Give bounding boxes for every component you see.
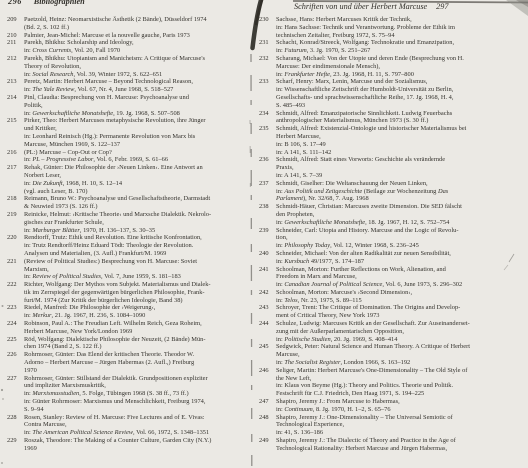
bib-entry-body: (PL:) Marcuse – Cop-Out or Cop?in: PL – …: [24, 149, 253, 165]
bib-entry-body: Scharang, Michael: Von der Utopie und de…: [276, 55, 525, 78]
bib-entry-line: Gesellschafts- und sprachwissenschaftlic…: [276, 94, 525, 102]
bib-entry-line: in: B 106, S. 17–49: [276, 141, 525, 149]
bib-entry-line: in: Aus Politik und Zeitgeschichte (Beil…: [276, 188, 525, 196]
running-head-left: 296Bibliographien: [8, 0, 85, 6]
bib-entry: 211Parekh, Bhikhu: Scholarship and Ideol…: [7, 39, 253, 55]
bib-entry-number: 219: [7, 211, 24, 219]
bib-entry-body: Shapiro, Jeremy J.: From Marcuse to Habe…: [276, 398, 525, 414]
bib-entry: 210Palmier, Jean-Michel: Marcuse et la n…: [7, 32, 253, 40]
bib-entry-line: & Neuwied 1973 (S. 126 ff.): [24, 203, 253, 211]
bib-entry-number: 240: [259, 250, 276, 258]
bib-entry-line: Analysen und Materialien, (3. Aufl.) Fra…: [24, 250, 253, 258]
bib-entry-number: 233: [259, 78, 276, 86]
bib-entry-line: in: Cross Currents, Vol. 20, Fall 1970: [24, 47, 253, 55]
bib-entry-line: in: A 141, S. 7–39: [276, 172, 525, 180]
bib-entry-line: Technological Rationality: Herbert Marcu…: [276, 445, 525, 453]
bib-entry: 234Schmidt, Alfred: Emanzipatorische Sin…: [259, 110, 525, 126]
bib-entry-line: Schacht, Konrad/Streeck, Wolfgang: Techn…: [276, 39, 525, 47]
bib-entry: 213Peretz, Martin: Herbert Marcuse – Bey…: [7, 78, 253, 94]
bib-entry-line: Sedgwick, Peter: Natural Science and Hum…: [276, 343, 525, 351]
bib-entry-body: Shapiro, Jeremy J.: The Dialectic of The…: [276, 437, 525, 453]
bib-entry-line: furt/M. 1974 (Zur Kritik der bürgerliche…: [24, 297, 253, 305]
bib-entry: 232Scharang, Michael: Von der Utopie und…: [259, 55, 525, 78]
bib-entry: 224Robinson, Paul A.: The Freudian Left.…: [7, 320, 253, 336]
bib-entry-body: Robinson, Paul A.: The Freudian Left. Wi…: [24, 320, 253, 336]
bib-entry: 218Reimann, Bruno W.: Psychoanalyse und …: [7, 195, 253, 211]
bib-entry-number: 243: [259, 304, 276, 312]
bib-entry-number: 217: [7, 164, 24, 172]
bib-entry-line: Rosen, Stanley: Review of H. Marcuse: Fi…: [24, 414, 253, 422]
bib-entry-line: Schoolman, Morton: Marcuse's ›Second Dim…: [276, 289, 525, 297]
bib-entry-line: (Bd. 2, S. 102 ff.): [24, 24, 253, 32]
bib-entry-line: 1969: [24, 445, 253, 453]
bib-entry-line: in: Philosophy Today, Vol. 12, Winter 19…: [276, 242, 525, 250]
bib-entry-number: 236: [259, 156, 276, 164]
speck: [1, 389, 3, 391]
bib-entry-line: Scharang, Michael: Von der Utopie und de…: [276, 55, 525, 63]
bib-entry-number: 223: [7, 304, 24, 312]
bib-entry-body: Sedgwick, Peter: Natural Science and Hum…: [276, 343, 525, 366]
bib-entry-line: Marcuse, München 1969, S. 122–137: [24, 141, 253, 149]
bib-entry: 249Shapiro, Jeremy J.: The Dialectic of …: [259, 437, 525, 453]
bib-entry-line: (vgl. auch Leser, B. 170): [24, 188, 253, 196]
bib-entry-line: Marcuse: Der eindimensionale Mensch),: [276, 63, 525, 71]
bib-entry: 235Schmidt, Alfred: Existenzial-Ontologi…: [259, 125, 525, 156]
bib-entry: 216(PL:) Marcuse – Cop-Out or Cop?in: PL…: [7, 149, 253, 165]
bib-entry-line: Marxism,: [24, 266, 253, 274]
bib-entry-body: Parekh, Bhikhu: Utopianism and Manicheis…: [24, 55, 253, 78]
bib-entry-number: 215: [7, 117, 24, 125]
bib-entry-line: in: Futurum, 3. Jg. 1970, S. 251–267: [276, 47, 525, 55]
bib-entry: 236Schmidt, Alfred: Statt eines Vorworts…: [259, 156, 525, 179]
bib-entry-body: Schoolman, Morton: Further Reflections o…: [276, 266, 525, 289]
bib-entry-number: 212: [7, 55, 24, 63]
bib-entry-line: Schoolman, Morton: Further Reflections o…: [276, 266, 525, 274]
bib-entry-line: in: Günter Rohrmoser: Marxismus und Mens…: [24, 398, 253, 406]
bib-entry-number: 234: [259, 110, 276, 118]
bib-entry-body: Schmidt, Giselher: Die Weltanschauung de…: [276, 180, 525, 203]
bib-entry: 214Pinl, Claudia: Besprechung von H. Mar…: [7, 94, 253, 117]
bib-entry: 242Schoolman, Morton: Marcuse's ›Second …: [259, 289, 525, 305]
bib-entry-body: Palmier, Jean-Michel: Marcuse et la nouv…: [24, 32, 253, 40]
bib-entry-number: 216: [7, 149, 24, 157]
bib-entry-body: Rohrmoser, Günter: Das Elend der kritisc…: [24, 351, 253, 374]
bib-entry-number: 221: [7, 258, 24, 266]
speck: [1, 462, 3, 464]
page-number-left: 296: [8, 0, 22, 6]
bib-entry-line: Paetzold, Heinz: Neomarxistische Ästheti…: [24, 16, 253, 24]
bib-entry-body: Riedel, Manfred: Die Philosophie der ›We…: [24, 304, 253, 320]
bib-entry-body: Rohrmoser, Günter: Stillstand der Dialek…: [24, 375, 253, 414]
bib-entry: 245Sedgwick, Peter: Natural Science and …: [259, 343, 525, 366]
bib-entry-line: in: PL – Progressive Labor, Vol. 6, Febr…: [24, 156, 253, 164]
bib-entry-number: 227: [7, 375, 24, 383]
bib-entry: 217Rehak, Günter: Die Philosophie der ›N…: [7, 164, 253, 195]
bib-entry-number: 222: [7, 281, 24, 289]
bib-entry-body: Parekh, Bhikhu: Scholarship and Ideology…: [24, 39, 253, 55]
bib-entry-number: 226: [7, 351, 24, 359]
bib-entry-line: Schmidt, Alfred: Existenzial-Ontologie u…: [276, 125, 525, 133]
bib-entry: 248Shapiro, Jeremy J.: One-Dimensionalit…: [259, 414, 525, 437]
bib-entry: 222Richter, Wolfgang: Der Mythos vom Sub…: [7, 281, 253, 304]
bib-entry-line: Peretz, Martin: Herbert Marcuse – Beyond…: [24, 78, 253, 86]
bib-entry-line: in: Telos, Nr. 23, 1975, S. 89–115: [276, 297, 525, 305]
bib-entry-line: in: Review of Political Studies, Vol. 7,…: [24, 273, 253, 281]
bib-entry-number: 245: [259, 343, 276, 351]
bib-entry-line: Shapiro, Jeremy J.: From Marcuse to Habe…: [276, 398, 525, 406]
bib-entry: 240Schneider, Michael: Von der alten Rad…: [259, 250, 525, 266]
bib-entry-body: Scharf, Henry: Marx, Lenin, Marcuse und …: [276, 78, 525, 109]
bib-entry-line: in: Frankfurter Hefte, 23. Jg. 1968, H. …: [276, 71, 525, 79]
bib-entry-line: Theory of Revolution,: [24, 63, 253, 71]
bib-entry-line: in: Continuum, 8. Jg. 1970, H. 1–2, S. 6…: [276, 406, 525, 414]
bib-entry: 226Rohrmoser, Günter: Das Elend der krit…: [7, 351, 253, 374]
bib-entry-line: Parekh, Bhikhu: Scholarship and Ideology…: [24, 39, 253, 47]
bib-entry-line: in: Canadian Journal of Political Scienc…: [276, 281, 525, 289]
bib-entry-body: Schneider, Carl: Utopia and History. Mar…: [276, 227, 525, 250]
bib-entry: 223Riedel, Manfred: Die Philosophie der …: [7, 304, 253, 320]
bib-entry-line: zung mit der Außerparlamentarischen Oppo…: [276, 328, 525, 336]
speck: [2, 398, 4, 400]
bib-entry-line: in: Merkur, 21. Jg. 1967, H. 236, S. 108…: [24, 312, 253, 320]
bib-entry-line: den Propheten,: [276, 211, 525, 219]
bib-entry-line: tik im Zerrspiegel der gegenwärtigen bür…: [24, 289, 253, 297]
bib-entry: 241Schoolman, Morton: Further Reflection…: [259, 266, 525, 289]
bib-entry-line: in: Social Research, Vol. 39, Winter 197…: [24, 71, 253, 79]
bib-entry-line: Pirker, Theo: Herbert Marcuses metaphysi…: [24, 117, 253, 125]
bib-entry-line: in: A 141, S. 111–142: [276, 149, 525, 157]
bib-entry-number: 244: [259, 320, 276, 328]
bib-entry-line: Parekh, Bhikhu: Utopianism and Manicheis…: [24, 55, 253, 63]
bib-entry-line: Shapiro, Jeremy J.: The Dialectic of The…: [276, 437, 525, 445]
bib-entry-line: tion,: [276, 234, 525, 242]
bib-entry-line: Technological Experience,: [276, 421, 525, 429]
bib-entry-body: Seliger, Martin: Herbert Marcuse's One-D…: [276, 367, 525, 398]
bib-entry-line: in: Gewerkschaftliche Monatshefte, 19. J…: [24, 110, 253, 118]
bib-entry-line: 1970: [24, 367, 253, 375]
bib-entry-line: in: Wissenschaftliche Zeitschrift der Hu…: [276, 86, 525, 94]
bib-entry: 233Scharf, Henry: Marx, Lenin, Marcuse u…: [259, 78, 525, 109]
column-right: 230Sachsse, Hans: Herbert Marcuses Kriti…: [259, 16, 525, 453]
bib-entry-line: Schmidt, Giselher: Die Weltanschauung de…: [276, 180, 525, 188]
bib-entry-number: 238: [259, 203, 276, 211]
bib-entry-line: gisches zur Frankfurter Schule,: [24, 219, 253, 227]
bib-entry-body: Schmidt, Alfred: Statt eines Vorworts: G…: [276, 156, 525, 179]
bib-entry-line: Schmidt-Häuer, Christian: Marcuses zweit…: [276, 203, 525, 211]
bib-entry-body: Schneider, Michael: Von der alten Radika…: [276, 250, 525, 266]
bib-entry-line: Röd, Wolfgang: Dialektische Philosophie …: [24, 336, 253, 344]
bib-entry-number: 210: [7, 32, 24, 40]
bib-entry-body: Roszak, Theodore: The Making of a Counte…: [24, 437, 253, 453]
bib-entry-line: Herbert Marcuse, New York/London 1969: [24, 328, 253, 336]
bib-entry-line: S. 485–493: [276, 102, 525, 110]
corner-shadow: [506, 0, 528, 16]
bib-entry-line: Sachsse, Hans: Herbert Marcuses Kritik d…: [276, 16, 525, 24]
bib-entry-line: Praxis,: [276, 164, 525, 172]
bib-entry-number: 241: [259, 266, 276, 274]
bib-entry-line: Festschrift für C.J. Friedrich, Den Haag…: [276, 390, 525, 398]
bib-entry-line: in: The Yale Review, Vol. 67, Nr. 4, Jun…: [24, 86, 253, 94]
bib-entry: 219Reinicke, Helmut: ›Kritische Theorie‹…: [7, 211, 253, 234]
bib-entry-line: und Kritiker,: [24, 125, 253, 133]
bib-entry-body: Reimann, Bruno W.: Psychoanalyse und Ges…: [24, 195, 253, 211]
bib-entry-body: Reinicke, Helmut: ›Kritische Theorie‹ un…: [24, 211, 253, 234]
bib-entry-line: S. 9–94: [24, 406, 253, 414]
bib-entry-body: Röd, Wolfgang: Dialektische Philosophie …: [24, 336, 253, 352]
bib-entry-number: 214: [7, 94, 24, 102]
bib-entry-number: 228: [7, 414, 24, 422]
bib-entry-line: in: Die Zukunft, 1968, H. 10, S. 12–14: [24, 180, 253, 188]
bib-entry-body: Shapiro, Jeremy J.: One-Dimensionality –…: [276, 414, 525, 437]
bib-entry-line: Politik,: [24, 102, 253, 110]
bib-entry-line: anthropologischer Materialismus, München…: [276, 117, 525, 125]
bib-entry: 212Parekh, Bhikhu: Utopianism and Manich…: [7, 55, 253, 78]
column-left: 209Paetzold, Heinz: Neomarxistische Ästh…: [7, 16, 253, 453]
bib-entry-line: Freedom in Marx and Marcuse,: [276, 273, 525, 281]
bib-entry-body: Rendtorff, Trutz: Ethik und Revolution. …: [24, 234, 253, 257]
bib-entry-line: Norbert Leser,: [24, 172, 253, 180]
bib-entry-line: in: Marburger Blätter, 1970, H. 136–137,…: [24, 227, 253, 235]
bib-entry-body: Schulze, Ludwig: Marcuses Kritik an der …: [276, 320, 525, 343]
bib-entry-line: in: Trutz Rendtorff/Heinz Eduard Tödt: T…: [24, 242, 253, 250]
bib-entry-number: 211: [7, 39, 24, 47]
bib-entry-line: the New Left,: [276, 375, 525, 383]
bib-entry: 243Schroyer, Trent: The Critique of Domi…: [259, 304, 525, 320]
bib-entry-body: Sachsse, Hans: Herbert Marcuses Kritik d…: [276, 16, 525, 39]
bib-entry-number: 237: [259, 180, 276, 188]
bib-entry-number: 246: [259, 367, 276, 375]
bib-entry-number: 231: [259, 39, 276, 47]
bib-entry-number: 230: [259, 16, 276, 24]
scanned-book-page: 296Bibliographien Schriften von und über…: [0, 0, 528, 468]
bib-entry: 231Schacht, Konrad/Streeck, Wolfgang: Te…: [259, 39, 525, 55]
bib-entry-number: 209: [7, 16, 24, 24]
bib-entry-line: Riedel, Manfred: Die Philosophie der ›We…: [24, 304, 253, 312]
bib-entry-number: 247: [259, 398, 276, 406]
bib-entry-body: Schoolman, Morton: Marcuse's ›Second Dim…: [276, 289, 525, 305]
bib-entry-line: Marcuse,: [276, 351, 525, 359]
bib-entry-line: Schroyer, Trent: The Critique of Dominat…: [276, 304, 525, 312]
bib-entry-line: ment of Critical Theory, New York 1973: [276, 312, 525, 320]
bib-entry-body: Schmidt-Häuer, Christian: Marcuses zweit…: [276, 203, 525, 226]
bib-entry-line: technischen Zeitalter, Freiburg 1972, S.…: [276, 32, 525, 40]
bib-entry-line: Roszak, Theodore: The Making of a Counte…: [24, 437, 253, 445]
bib-entry-number: 213: [7, 78, 24, 86]
bib-entry-line: Richter, Wolfgang: Der Mythos vom Subjek…: [24, 281, 253, 289]
bib-entry-number: 220: [7, 234, 24, 242]
bib-entry-number: 249: [259, 437, 276, 445]
bib-entry-line: Parlament), Nr. 32/68, 7. Aug. 1968: [276, 195, 525, 203]
bib-entry: 238Schmidt-Häuer, Christian: Marcuses zw…: [259, 203, 525, 226]
bib-entry-line: Schneider, Michael: Von der alten Radika…: [276, 250, 525, 258]
bib-entry-line: in: Hans Sachsse: Technik und Verantwort…: [276, 24, 525, 32]
bib-entry-line: chen 1974 (Band 2, S. 122 ff.): [24, 343, 253, 351]
bib-entry-body: Schroyer, Trent: The Critique of Dominat…: [276, 304, 525, 320]
bib-entry-line: in: Politische Studien, 20. Jg. 1969, S.…: [276, 336, 525, 344]
bib-entry-number: 242: [259, 289, 276, 297]
bib-entry-number: 248: [259, 414, 276, 422]
bib-entry: 237Schmidt, Giselher: Die Weltanschauung…: [259, 180, 525, 203]
bib-entry-line: (PL:) Marcuse – Cop-Out or Cop?: [24, 149, 253, 157]
bib-entry-line: und impliziter Marxismuskritik,: [24, 382, 253, 390]
bib-entry-number: 239: [259, 227, 276, 235]
bib-entry: 225Röd, Wolfgang: Dialektische Philosoph…: [7, 336, 253, 352]
speck: [2, 305, 4, 307]
bib-entry: 221(Review of Political Studies:) Bespre…: [7, 258, 253, 281]
bib-entry: 247Shapiro, Jeremy J.: From Marcuse to H…: [259, 398, 525, 414]
bib-entry-line: Rohrmoser, Günter: Stillstand der Dialek…: [24, 375, 253, 383]
bib-entry-body: Rosen, Stanley: Review of H. Marcuse: Fi…: [24, 414, 253, 437]
bib-entry: 227Rohrmoser, Günter: Stillstand der Dia…: [7, 375, 253, 414]
bib-entry-line: Adorno – Herbert Marcuse – Jürgen Haberm…: [24, 359, 253, 367]
bib-entry: 239Schneider, Carl: Utopia and History. …: [259, 227, 525, 250]
bib-entry-line: Pinl, Claudia: Besprechung von H. Marcus…: [24, 94, 253, 102]
bib-entry: 246Seliger, Martin: Herbert Marcuse's On…: [259, 367, 525, 398]
bib-entry-number: 235: [259, 125, 276, 133]
bib-entry-line: (Review of Political Studies:) Besprechu…: [24, 258, 253, 266]
bib-entry-line: Herbert Marcuse,: [276, 133, 525, 141]
bib-entry-line: in: 41, S. 136–186: [276, 429, 525, 437]
bib-entry-line: in: Leonhard Reinisch (Hg.): Permanente …: [24, 133, 253, 141]
bib-entry-line: Rehak, Günter: Die Philosophie der ›Neue…: [24, 164, 253, 172]
bib-entry-line: Reimann, Bruno W.: Psychoanalyse und Ges…: [24, 195, 253, 203]
bib-entry-line: Schmidt, Alfred: Emanzipatorische Sinnli…: [276, 110, 525, 118]
running-title-right: Schriften von und über Herbert Marcuse: [294, 2, 427, 11]
bib-entry-body: Pinl, Claudia: Besprechung von H. Marcus…: [24, 94, 253, 117]
bib-entry-body: Schmidt, Alfred: Existenzial-Ontologie u…: [276, 125, 525, 156]
bib-entry-line: Palmier, Jean-Michel: Marcuse et la nouv…: [24, 32, 253, 40]
bib-entry-line: in: The Socialist Register, London 1966,…: [276, 359, 525, 367]
bib-entry-line: Scharf, Henry: Marx, Lenin, Marcuse und …: [276, 78, 525, 86]
bib-entry-line: in: Marxismusstudien, 5. Folge, Tübingen…: [24, 390, 253, 398]
bib-entry-number: 225: [7, 336, 24, 344]
bib-entry: 244Schulze, Ludwig: Marcuses Kritik an d…: [259, 320, 525, 343]
bib-entry-line: Shapiro, Jeremy J.: One-Dimensionality –…: [276, 414, 525, 422]
bib-entry-line: in: Gewerkschaftliche Monatshefte, 18. J…: [276, 219, 525, 227]
bib-entry-body: Paetzold, Heinz: Neomarxistische Ästheti…: [24, 16, 253, 32]
bib-entry-body: (Review of Political Studies:) Besprechu…: [24, 258, 253, 281]
bib-entry: 229Roszak, Theodore: The Making of a Cou…: [7, 437, 253, 453]
corner-shadow-dark: [516, 0, 528, 7]
bib-entry: 220Rendtorff, Trutz: Ethik und Revolutio…: [7, 234, 253, 257]
bib-entry-body: Richter, Wolfgang: Der Mythos vom Subjek…: [24, 281, 253, 304]
bib-entry: 230Sachsse, Hans: Herbert Marcuses Kriti…: [259, 16, 525, 39]
running-head-right: Schriften von und über Herbert Marcuse29…: [294, 2, 448, 11]
bib-entry-line: Seliger, Martin: Herbert Marcuse's One-D…: [276, 367, 525, 375]
bib-entry-line: in: The American Political Science Revie…: [24, 429, 253, 437]
bib-entry-line: Robinson, Paul A.: The Freudian Left. Wi…: [24, 320, 253, 328]
bib-entry: 215Pirker, Theo: Herbert Marcuses metaph…: [7, 117, 253, 148]
bib-entry-body: Pirker, Theo: Herbert Marcuses metaphysi…: [24, 117, 253, 148]
bib-entry-line: Contra Marcuse,: [24, 421, 253, 429]
bib-entry-line: in: Klaus von Beyme (Hg.): Theory and Po…: [276, 382, 525, 390]
bib-entry-body: Schmidt, Alfred: Emanzipatorische Sinnli…: [276, 110, 525, 126]
bib-entry-line: in: Kursbuch 49/1977, S. 174–187: [276, 258, 525, 266]
bib-entry-line: Rendtorff, Trutz: Ethik und Revolution. …: [24, 234, 253, 242]
bib-entry-number: 224: [7, 320, 24, 328]
bib-entry-line: Rohrmoser, Günter: Das Elend der kritisc…: [24, 351, 253, 359]
bib-entry-number: 218: [7, 195, 24, 203]
bib-entry-number: 229: [7, 437, 24, 445]
bib-entry-number: 232: [259, 55, 276, 63]
running-title-left: Bibliographien: [34, 0, 85, 6]
bib-entry-line: Schmidt, Alfred: Statt eines Vorworts: G…: [276, 156, 525, 164]
page-number-right: 297: [436, 2, 448, 11]
bib-entry-body: Peretz, Martin: Herbert Marcuse – Beyond…: [24, 78, 253, 94]
bib-entry-body: Rehak, Günter: Die Philosophie der ›Neue…: [24, 164, 253, 195]
bib-entry-line: Reinicke, Helmut: ›Kritische Theorie‹ un…: [24, 211, 253, 219]
bib-entry-line: Schneider, Carl: Utopia and History. Mar…: [276, 227, 525, 235]
bib-entry: 209Paetzold, Heinz: Neomarxistische Ästh…: [7, 16, 253, 32]
bib-entry-body: Schacht, Konrad/Streeck, Wolfgang: Techn…: [276, 39, 525, 55]
bib-entry-line: Schulze, Ludwig: Marcuses Kritik an der …: [276, 320, 525, 328]
bib-entry: 228Rosen, Stanley: Review of H. Marcuse:…: [7, 414, 253, 437]
